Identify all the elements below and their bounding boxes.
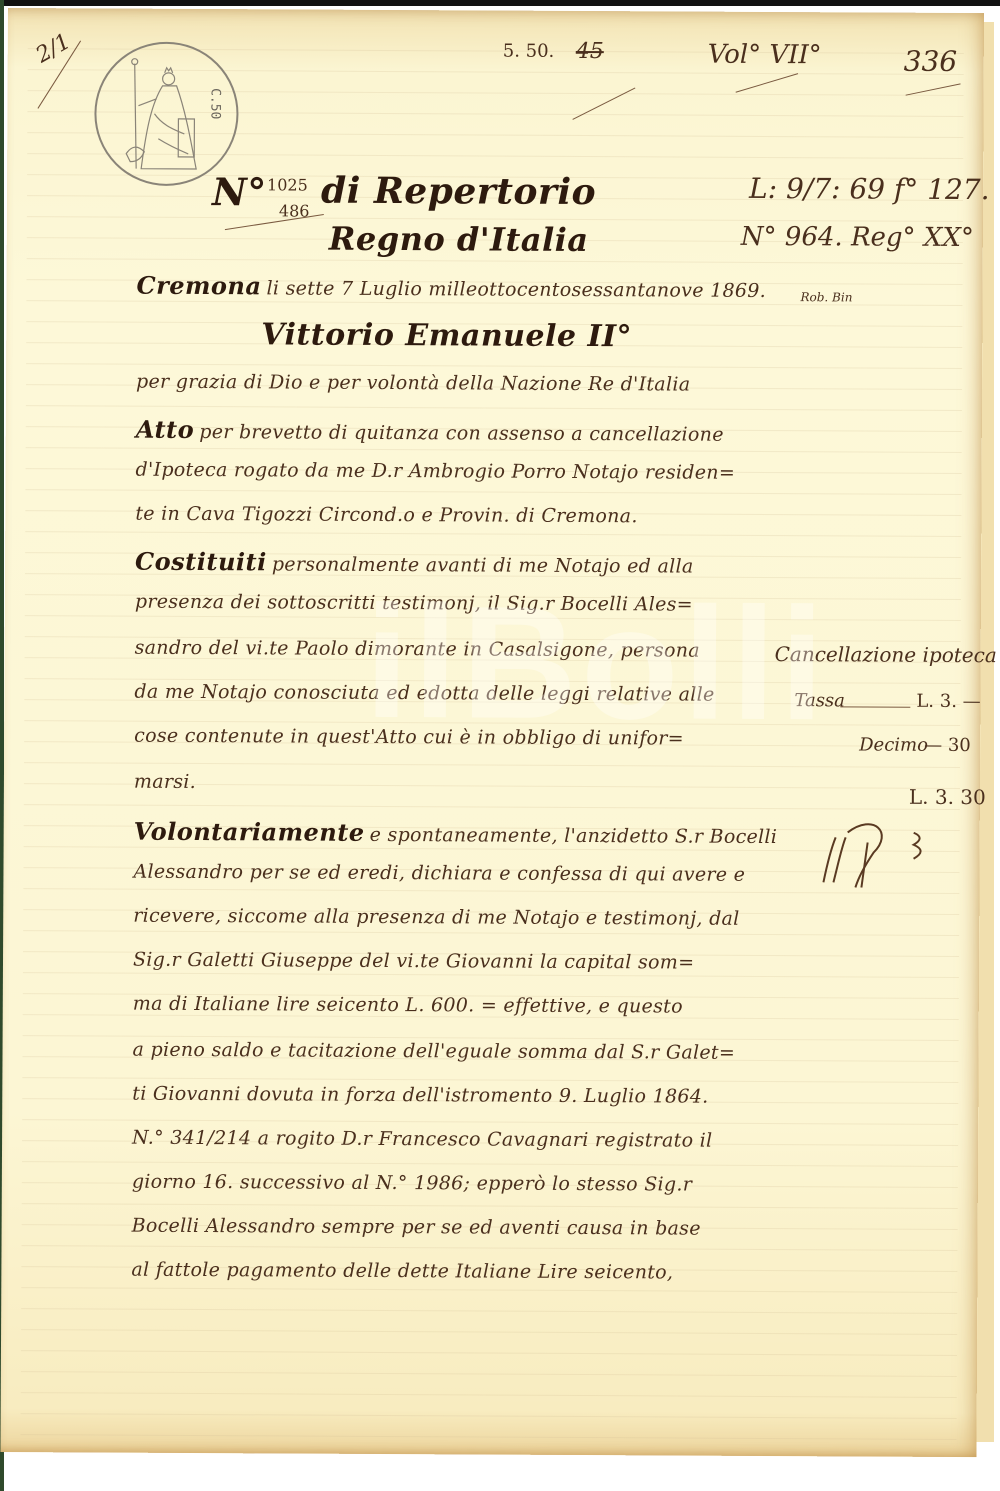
registration-note-line2: N° 964. Reg° XX°: [741, 222, 974, 253]
body-line: Bocelli Alessandro sempre per se ed aven…: [132, 1215, 701, 1240]
body-line-lead-word: Costituiti: [135, 547, 267, 577]
revenue-stamp: C.50: [94, 41, 239, 186]
ruled-line: [21, 1434, 957, 1440]
body-line-text: Sig.r Galetti Giuseppe del vi.te Giovann…: [133, 949, 694, 974]
repertorio-prefix: N°: [212, 169, 267, 214]
registration-note-line1: L: 9/7: 69 f° 127.: [749, 172, 990, 206]
ruled-line: [21, 1350, 957, 1356]
ruled-line: [26, 363, 962, 369]
body-line-lead-word: Vittorio Emanuele II°: [261, 317, 632, 354]
body-line-text: Alessandro per se ed eredi, dichiara e c…: [133, 861, 745, 886]
body-line: marsi.: [134, 771, 196, 793]
body-line-lead-word: Cremona: [136, 271, 261, 301]
body-line: a pieno saldo e tacitazione dell'eguale …: [132, 1039, 735, 1064]
ruled-line: [25, 489, 961, 495]
stamp-value: C.50: [207, 88, 222, 119]
body-line-text: per grazia di Dio e per volontà della Na…: [136, 371, 690, 396]
body-line-text: al fattole pagamento delle dette Italian…: [131, 1259, 673, 1284]
body-line: giorno 16. successivo al N.° 1986; epper…: [132, 1171, 692, 1196]
ruled-line: [26, 447, 962, 453]
body-line: per grazia di Dio e per volontà della Na…: [136, 371, 690, 396]
margin-note-row-label: Decimo: [859, 734, 928, 755]
margin-note-row-amount: — 30: [924, 735, 971, 756]
body-line: ma di Italiane lire seicento L. 600. = e…: [133, 993, 683, 1018]
ruled-line: [22, 1161, 958, 1167]
margin-signature-flourish-icon: [813, 812, 963, 893]
page-number: 336: [904, 45, 958, 78]
body-line-text: marsi.: [134, 771, 196, 793]
volume-annotation: Vol° VII°: [708, 40, 822, 71]
scan-top-border: [0, 0, 1000, 6]
ruled-line: [21, 1287, 957, 1293]
ruled-line: [25, 531, 961, 537]
body-line-lead-word: Volontariamente: [134, 817, 365, 847]
watermark: ilBolli: [364, 570, 829, 756]
body-line-text: giorno 16. successivo al N.° 1986; epper…: [132, 1171, 692, 1196]
body-line: al fattole pagamento delle dette Italian…: [131, 1259, 673, 1284]
price-annotation: 5. 50.: [503, 41, 555, 62]
body-line-text: ti Giovanni dovuta in forza dell'istrome…: [132, 1083, 708, 1108]
body-line: te in Cava Tigozzi Circond.o e Provin. d…: [135, 503, 637, 528]
margin-note-row-leader: [840, 706, 910, 707]
body-line-text: N.° 341/214 a rogito D.r Francesco Cavag…: [132, 1127, 712, 1152]
ruled-line: [22, 1245, 958, 1251]
body-line-text: per brevetto di quitanza con assenso a c…: [199, 421, 724, 446]
ruled-line: [26, 405, 962, 411]
body-line: Volontariamente e spontaneamente, l'anzi…: [134, 817, 778, 849]
repertorio-number: 1025: [267, 175, 308, 194]
ruled-line: [27, 258, 963, 264]
repertorio-label: di Repertorio: [321, 170, 596, 213]
kingdom-heading: Regno d'Italia: [329, 220, 589, 259]
ruled-line: [21, 1308, 957, 1314]
body-line-text: te in Cava Tigozzi Circond.o e Provin. d…: [135, 503, 637, 528]
document-page: 2/1 C.50 5. 50. 45 Vol° VII° 336 N° 1025: [0, 8, 984, 1457]
ruled-line: [22, 1119, 958, 1125]
ruled-line: [21, 1329, 957, 1335]
body-line-text: ricevere, siccome alla presenza di me No…: [133, 905, 739, 930]
ruled-line: [24, 804, 960, 810]
body-line-text: d'Ipoteca rogato da me D.r Ambrogio Porr…: [136, 459, 736, 484]
body-line: N.° 341/214 a rogito D.r Francesco Cavag…: [132, 1127, 712, 1152]
body-line-text: a pieno saldo e tacitazione dell'eguale …: [132, 1039, 735, 1064]
body-line: ricevere, siccome alla presenza di me No…: [133, 905, 739, 930]
body-line: Atto per brevetto di quitanza con assens…: [136, 415, 724, 447]
margin-note-row-amount: L. 3. —: [916, 691, 980, 712]
ruled-line: [21, 1392, 957, 1398]
body-line: Cremona li sette 7 Luglio milleottocento…: [136, 271, 766, 303]
body-line: ti Giovanni dovuta in forza dell'istrome…: [132, 1083, 708, 1108]
body-line-text: Bocelli Alessandro sempre per se ed aven…: [132, 1215, 701, 1240]
registration-signature: Rob. Bin: [800, 290, 852, 304]
body-line-text: li sette 7 Luglio milleottocentosessanta…: [266, 277, 766, 302]
margin-note-total: L. 3. 30: [909, 785, 986, 809]
body-line-text: e spontaneamente, l'anzidetto S.r Bocell…: [370, 824, 778, 848]
volume-underline: [736, 73, 799, 93]
body-line: Sig.r Galetti Giuseppe del vi.te Giovann…: [133, 949, 694, 974]
page-number-underline: [906, 83, 961, 95]
ruled-line: [24, 762, 960, 768]
body-line: Alessandro per se ed eredi, dichiara e c…: [133, 861, 745, 886]
body-line-text: ma di Italiane lire seicento L. 600. = e…: [133, 993, 683, 1018]
corner-mark: 2/1: [32, 29, 75, 68]
body-line: Vittorio Emanuele II°: [261, 317, 632, 354]
ruled-line: [21, 1371, 957, 1377]
struck-mark: 45: [576, 39, 604, 64]
repertorio-denominator: 486: [279, 201, 310, 220]
ruled-line: [23, 972, 959, 978]
ruled-line: [22, 1203, 958, 1209]
body-line-lead-word: Atto: [136, 415, 195, 444]
ruled-line: [23, 930, 959, 936]
ruled-line: [21, 1413, 957, 1419]
body-line: d'Ipoteca rogato da me D.r Ambrogio Porr…: [136, 459, 736, 484]
